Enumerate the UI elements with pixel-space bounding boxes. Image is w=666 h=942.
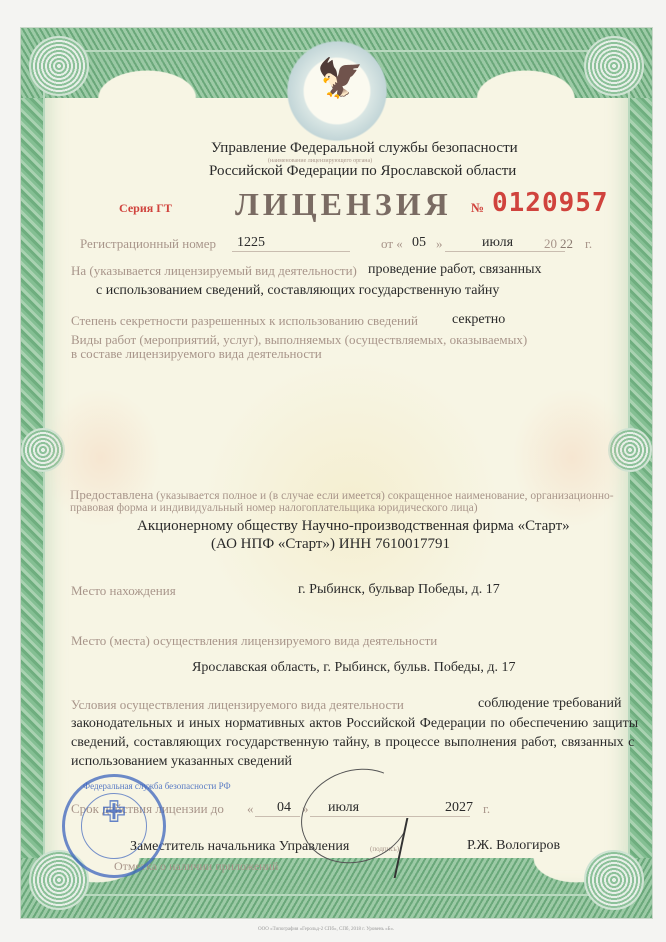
granted-label-1: Предоставлена (указывается полное и (в с… (70, 487, 614, 503)
rosette-icon (29, 36, 89, 96)
date-day: 05 (412, 235, 426, 251)
location-label: Место нахождения (71, 583, 176, 599)
date-quote: » (436, 236, 443, 252)
granted-value-2: (АО НПФ «Старт») ИНН 7610017791 (211, 536, 450, 553)
conditions-value-3: сведений, составляющих государственную т… (71, 735, 634, 751)
granted-value-1: Акционерному обществу Научно-производств… (137, 518, 570, 535)
conditions-value-1: соблюдение требований (478, 696, 622, 712)
number-prefix: № (471, 200, 484, 216)
conditions-label: Условия осуществления лицензируемого вид… (71, 697, 404, 713)
secrecy-label: Степень секретности разрешенных к исполь… (71, 313, 418, 329)
activity-value-1: проведение работ, связанных (368, 262, 542, 278)
conditions-value-4: использованием указанных сведений (71, 754, 292, 770)
conditions-value-2: законодательных и иных нормативных актов… (71, 716, 638, 732)
reg-number-value: 1225 (237, 235, 265, 251)
date-year-suffix: г. (585, 236, 592, 252)
coat-of-arms-icon: 🦅 (317, 50, 357, 108)
rosette-icon (584, 36, 644, 96)
granted-label-2: правовая форма и индивидуальный номер на… (70, 502, 478, 514)
stamp-eagle-icon: ✙ (65, 795, 163, 830)
document-title: ЛИЦЕНЗИЯ (235, 186, 452, 223)
date-century: 20 (544, 236, 557, 252)
reg-number-label: Регистрационный номер (80, 236, 216, 252)
works-label-2: в составе лицензируемого вида деятельнос… (71, 346, 322, 362)
activity-value-2: с использованием сведений, составляющих … (96, 283, 499, 299)
validity-day: 04 (277, 800, 291, 816)
stamp-text-outer: Федеральная служба безопасности РФ (83, 781, 231, 791)
validity-open-quote: « (247, 801, 254, 817)
date-year: 22 (560, 236, 573, 252)
issuer-line-1: Управление Федеральной службы безопаснос… (211, 140, 518, 157)
rosette-icon (584, 850, 644, 910)
issuer-line-2: Российской Федерации по Ярославской обла… (209, 163, 516, 180)
printer-imprint: ООО «Типография «Герольд-2 СПб», СПб, 20… (258, 927, 394, 932)
activity-place-value: Ярославская область, г. Рыбинск, бульв. … (192, 660, 515, 676)
date-from-label: от « (381, 236, 403, 252)
license-number: 0120957 (492, 188, 609, 218)
validity-year: 2027 (445, 800, 473, 816)
activity-label: На (указывается лицензируемый вид деятел… (71, 263, 357, 279)
secrecy-value: секретно (452, 312, 505, 328)
signer-name: Р.Ж. Вологиров (467, 838, 560, 854)
side-flower-ornament (512, 388, 632, 528)
granted-label-strong: Предоставлена (70, 487, 153, 502)
series-label: Серия ГТ (119, 201, 172, 216)
date-month: июля (482, 235, 513, 251)
official-stamp: ✙ Федеральная служба безопасности РФ (62, 774, 166, 878)
activity-place-label: Место (места) осуществления лицензируемо… (71, 633, 437, 649)
granted-label-rest: (указывается полное и (в случае если име… (156, 490, 614, 502)
location-value: г. Рыбинск, бульвар Победы, д. 17 (298, 582, 500, 598)
validity-suffix: г. (483, 801, 490, 817)
